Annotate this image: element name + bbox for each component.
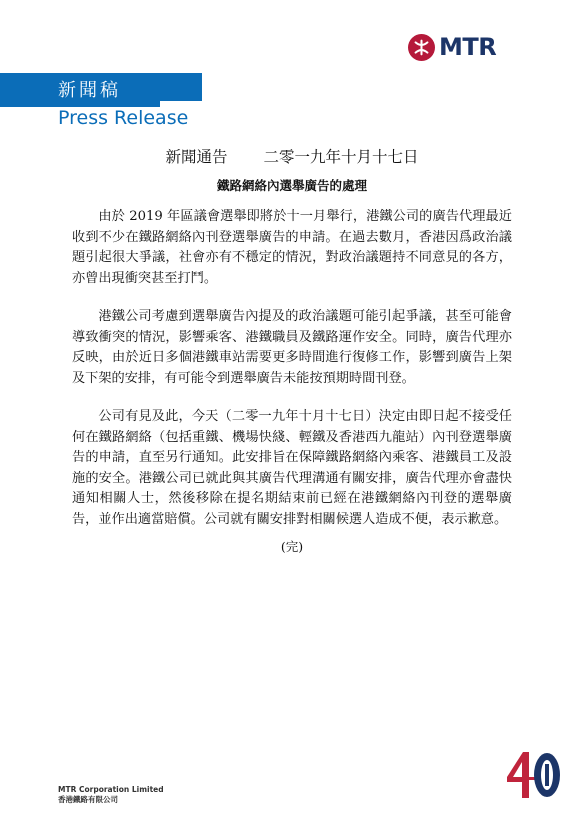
anniversary-40-logo-icon xyxy=(505,750,563,800)
paragraph: 港鐵公司考慮到選舉廣告內提及的政治議題可能引起爭議，甚至可能會導致衝突的情況，影… xyxy=(72,307,512,389)
banner-title-zh: 新聞稿 xyxy=(58,76,121,102)
notice-label: 新聞通告 xyxy=(165,148,227,166)
document-body: 由於 2019 年區議會選舉即將於十一月舉行，港鐵公司的廣告代理最近收到不少在鐵… xyxy=(72,207,512,548)
document-title: 鐵路網絡內選舉廣告的處理 xyxy=(0,176,584,194)
footer: MTR Corporation Limited 香港鐵路有限公司 xyxy=(58,785,164,805)
banner-title-en: Press Release xyxy=(58,107,188,129)
company-name-en: MTR Corporation Limited xyxy=(58,785,164,795)
notice-header: 新聞通告二零一九年十月十七日 xyxy=(0,145,584,167)
mtr-wordmark: MTR xyxy=(439,33,496,61)
mtr-roundel-icon xyxy=(408,34,435,61)
notice-date: 二零一九年十月十七日 xyxy=(264,148,419,166)
paragraph: 由於 2019 年區議會選舉即將於十一月舉行，港鐵公司的廣告代理最近收到不少在鐵… xyxy=(72,207,512,289)
paragraph: 公司有見及此，今天（二零一九年十月十七日）決定由即日起不接受任何在鐵路網絡（包括… xyxy=(72,407,512,530)
mtr-logo: MTR xyxy=(408,33,496,61)
end-mark: (完) xyxy=(0,537,584,555)
company-name-zh: 香港鐵路有限公司 xyxy=(58,795,164,805)
